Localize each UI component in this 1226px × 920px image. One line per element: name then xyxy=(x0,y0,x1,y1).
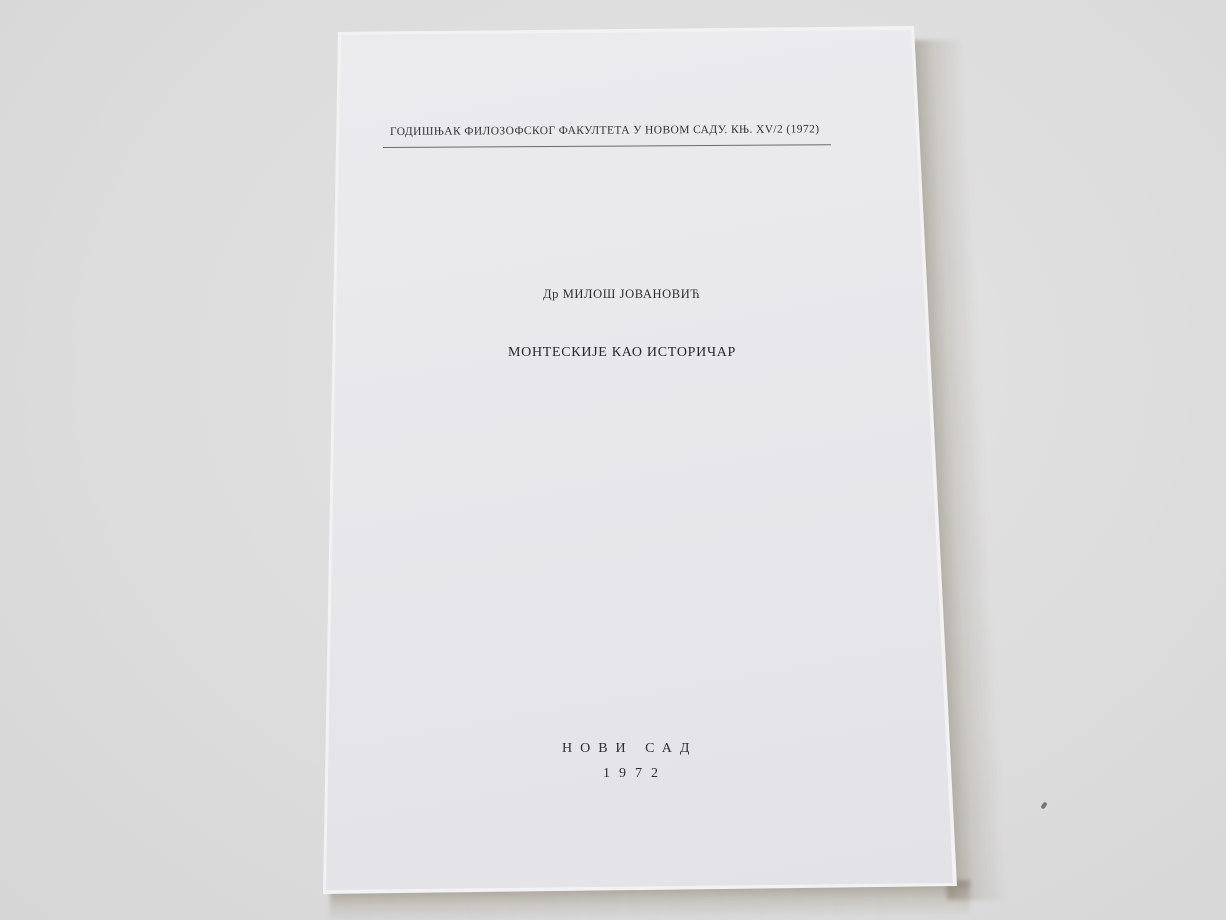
booklet-content: ГОДИШЊАК ФИЛОЗОФСКОГ ФАКУЛТЕТА У НОВОМ С… xyxy=(0,0,1226,920)
booklet-title: МОНТЕСКИЈЕ КАО ИСТОРИЧАР xyxy=(508,345,736,361)
journal-header: ГОДИШЊАК ФИЛОЗОФСКОГ ФАКУЛТЕТА У НОВОМ С… xyxy=(390,123,832,138)
photo-scene: ГОДИШЊАК ФИЛОЗОФСКОГ ФАКУЛТЕТА У НОВОМ С… xyxy=(0,0,1226,920)
publication-place: НОВИ САД xyxy=(562,741,697,757)
author-name: Др МИЛОШ ЈОВАНОВИЋ xyxy=(543,287,700,302)
publication-year: 1972 xyxy=(603,766,667,782)
header-rule xyxy=(383,144,831,148)
